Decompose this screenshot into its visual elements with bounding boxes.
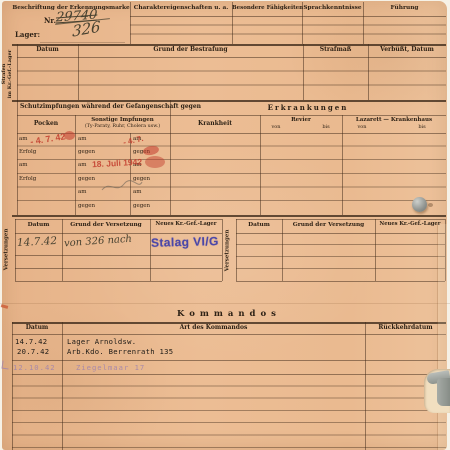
kommando-row-date: 14.7.42 xyxy=(15,337,47,346)
row-label-am: am xyxy=(78,136,87,142)
hospital-col-header: Lazarett — Krankenhaus xyxy=(342,117,446,123)
rule xyxy=(150,219,151,281)
transfers-newcamp-header: Neues Kr.-Gef.-Lager xyxy=(150,222,222,228)
conduct-col-header: Führung xyxy=(363,5,446,11)
section-divider xyxy=(12,215,446,217)
rivet-shadow-dot xyxy=(428,203,433,207)
other-vacc-subheader: (Ty-Paraty, Ruhr, Cholera usw.) xyxy=(75,124,170,129)
row-label-am: am xyxy=(19,162,28,168)
rule xyxy=(282,219,283,281)
rule xyxy=(236,281,445,282)
illnesses-title: Erkrankungen xyxy=(170,104,446,112)
lager-number-handwritten: 326 xyxy=(72,17,100,40)
rule xyxy=(375,219,376,281)
empty-rows xyxy=(17,133,446,208)
to-label: bis xyxy=(412,125,432,131)
rule xyxy=(222,219,223,281)
rule xyxy=(15,255,222,256)
kommando-row-type: Lager Arnoldsw. xyxy=(67,337,136,346)
punishments-side-label: Strafen im Kr.-Gef.-Lager xyxy=(1,44,17,104)
row-label-am: am xyxy=(19,136,28,142)
rule xyxy=(15,219,16,281)
row-label-gegen: gegen xyxy=(78,176,95,182)
to-label: bis xyxy=(316,125,336,131)
rule xyxy=(236,219,237,281)
empty-rows xyxy=(12,374,446,450)
kommando-row-type: Arb.Kdo. Berrenrath 135 xyxy=(67,347,173,356)
rule xyxy=(15,268,222,269)
kommandos-title: Kommandos xyxy=(12,310,446,319)
punishments-sentence-header: Strafmaß xyxy=(303,47,368,54)
ink-smudge xyxy=(145,156,165,168)
punishments-reason-header: Grund der Bestrafung xyxy=(78,47,303,54)
rule xyxy=(170,100,171,215)
row-label-gegen: gegen xyxy=(133,203,150,209)
transfer-date-handwritten: 14.7.42 xyxy=(17,235,58,249)
abilities-col-header: Besondere Fähigkeiten xyxy=(232,5,302,11)
rule xyxy=(12,334,446,335)
row-label-gegen: gegen xyxy=(78,203,95,209)
punishments-date-header: Datum xyxy=(17,47,78,54)
kommandos-return-header: Rückkehrdatum xyxy=(365,325,446,332)
transfers2-newcamp-header: Neues Kr.-Gef.-Lager xyxy=(375,222,445,228)
smallpox-col-header: Pocken xyxy=(17,121,75,128)
kommando-row-date-faded: 12.10.42 xyxy=(13,363,56,372)
rule xyxy=(342,115,343,215)
section-divider xyxy=(12,100,446,102)
row-label-erfolg: Erfolg xyxy=(19,176,36,182)
faded-purple-mark xyxy=(1,361,9,370)
languages-col-header: Sprachkenntnisse xyxy=(302,5,363,11)
metal-fastener-stem xyxy=(437,378,450,406)
from-label: von xyxy=(266,125,286,131)
card-edge-shadow xyxy=(0,303,450,304)
empty-rows xyxy=(17,57,446,97)
rule xyxy=(75,115,76,215)
row-label-erfolg: Erfolg xyxy=(19,149,36,155)
rule xyxy=(40,42,125,43)
traits-col-header: Charaktereigenschaften u. a. xyxy=(130,5,232,11)
punishments-served-header: Verbüßt, Datum xyxy=(368,47,446,54)
kommandos-type-header: Art des Kommandos xyxy=(62,325,365,332)
pencil-squiggle xyxy=(100,178,144,194)
other-vacc-header: Sonstige Impfungen xyxy=(75,117,170,123)
row-label-am: am xyxy=(78,189,87,195)
transfers-side-label: Versetzungen xyxy=(4,220,13,280)
rule xyxy=(15,219,222,220)
transfers-reason-header: Grund der Versetzung xyxy=(62,222,150,228)
transfers2-date-header: Datum xyxy=(236,222,282,228)
from-label: von xyxy=(352,125,372,131)
kommandos-date-header: Datum xyxy=(12,325,62,332)
row-label-gegen: gegen xyxy=(78,149,95,155)
rule xyxy=(260,115,261,215)
kommando-row-date: 20.7.42 xyxy=(17,347,49,356)
lager-label: Lager: xyxy=(15,31,40,39)
page-curl-highlight xyxy=(438,224,447,450)
ink-smudge xyxy=(64,131,75,140)
row-label-am: am xyxy=(78,162,87,168)
illness-col-header: Krankheit xyxy=(170,121,260,128)
red-edge-mark xyxy=(1,304,9,309)
scanned-pow-record-card: Beschriftung der Erkennungsmarke Nr. 297… xyxy=(0,0,450,450)
empty-rows xyxy=(130,16,446,42)
sickbay-col-header: Revier xyxy=(260,117,342,123)
kommando-row-type-faded: Ziegelmaar 17 xyxy=(76,363,145,372)
rule xyxy=(12,360,446,361)
stalag-camp-stamp: Stalag VI/G xyxy=(151,234,219,250)
rule xyxy=(15,281,222,282)
empty-rows xyxy=(236,233,445,277)
transfers-date-header: Datum xyxy=(15,222,62,228)
transfers2-reason-header: Grund der Versetzung xyxy=(282,222,375,228)
transfer-reason-handwritten: von 326 nach xyxy=(64,234,133,250)
transfers-side-label-2: Versetzungen xyxy=(225,221,234,281)
metal-rivet xyxy=(412,197,427,212)
rule xyxy=(236,219,445,220)
card-content: Beschriftung der Erkennungsmarke Nr. 297… xyxy=(0,0,450,450)
rule xyxy=(62,219,63,281)
